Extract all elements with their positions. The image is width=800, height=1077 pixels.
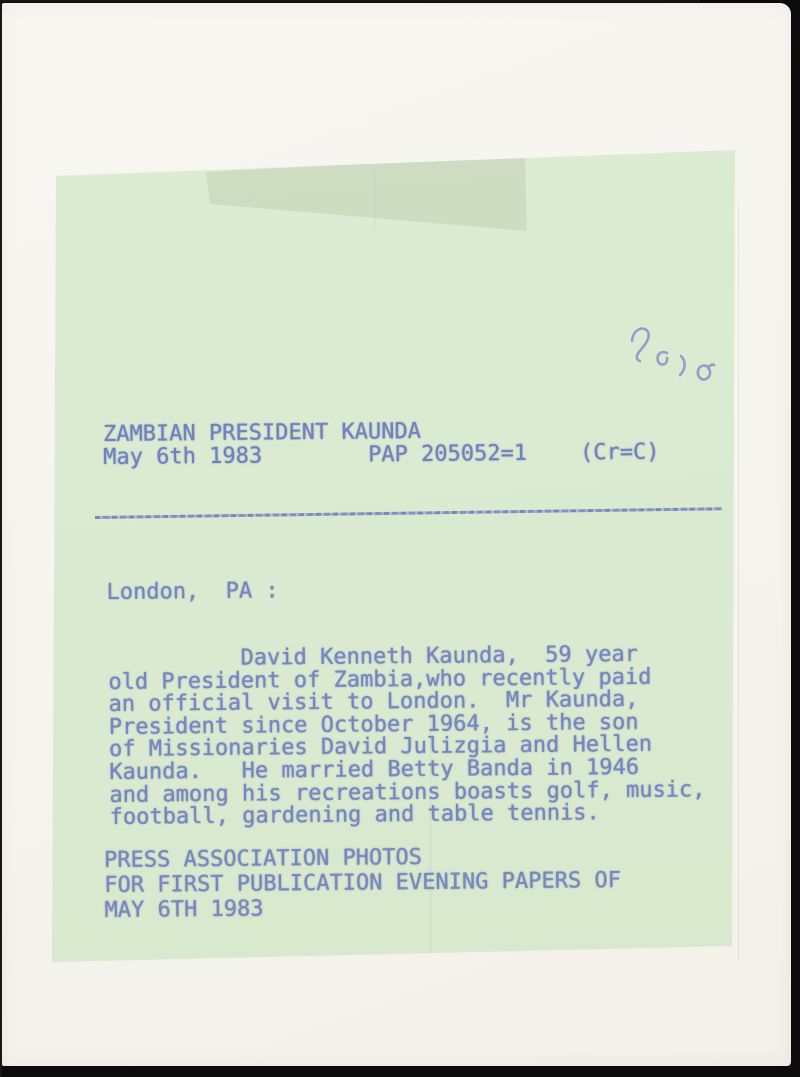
caption-body: David Kenneth Kaunda, 59 year old Presid… <box>108 643 706 829</box>
caption-date-refnumber: May 6th 1983 PAP 205052=1 (Cr=C) <box>103 442 659 470</box>
handwritten-mark <box>616 319 720 391</box>
caption-dateline: London, PA : <box>106 580 278 604</box>
photo-paper: ZAMBIAN PRESIDENT KAUNDA May 6th 1983 PA… <box>2 3 791 1066</box>
body-line: football, gardening and table tennis. <box>110 801 706 829</box>
scan-scratch <box>738 203 739 963</box>
scan-edge-top <box>0 0 700 2</box>
caption-footer: PRESS ASSOCIATION PHOTOS FOR FIRST PUBLI… <box>104 843 621 923</box>
scan-edge-left <box>0 0 2 1077</box>
typewritten-text-layer: ZAMBIAN PRESIDENT KAUNDA May 6th 1983 PA… <box>0 0 797 1067</box>
footer-line: MAY 6TH 1983 <box>104 893 621 923</box>
